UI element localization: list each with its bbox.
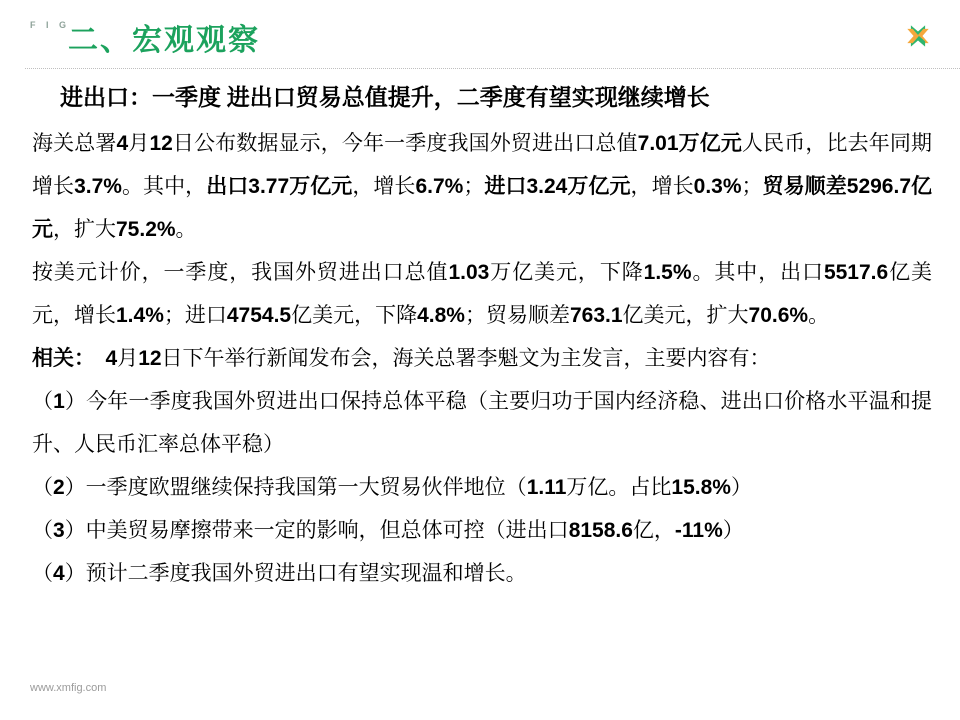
body-paragraph-1: 海关总署4月12日公布数据显示，今年一季度我国外贸进出口总值7.01万亿元人民币… bbox=[32, 122, 932, 251]
text-segment: 75.2% bbox=[116, 218, 176, 241]
body-paragraph-related: 相关： 4月12日下午举行新闻发布会，海关总署李魁文为主发言，主要内容有： bbox=[32, 337, 932, 380]
text-segment: -11% bbox=[675, 519, 723, 542]
text-segment: 月 bbox=[117, 346, 138, 370]
header-divider bbox=[25, 68, 960, 69]
text-segment: 1.03 bbox=[448, 261, 489, 284]
text-segment: ） bbox=[723, 518, 744, 542]
text-segment: 4 bbox=[106, 347, 118, 370]
body-paragraph-2: 按美元计价，一季度，我国外贸进出口总值1.03万亿美元，下降1.5%。其中，出口… bbox=[32, 251, 932, 337]
text-segment: 4754.5 bbox=[227, 304, 291, 327]
text-segment: 亿， bbox=[633, 518, 675, 542]
text-segment: 进口3.24万亿元 bbox=[484, 175, 630, 198]
text-segment: 8158.6 bbox=[569, 519, 633, 542]
body-paragraph-point-1: （1）今年一季度我国外贸进出口保持总体平稳（主要归功于国内经济稳、进出口价格水平… bbox=[32, 380, 932, 466]
text-segment: 763.1 bbox=[570, 304, 623, 327]
text-segment: （ bbox=[32, 518, 53, 542]
text-segment: 1 bbox=[53, 390, 65, 413]
text-segment: 4 bbox=[53, 562, 65, 585]
text-segment: 。 bbox=[808, 303, 829, 327]
text-segment: 。其中， bbox=[122, 174, 206, 198]
text-segment: 1.5% bbox=[644, 261, 692, 284]
slide: F I G 二、宏观观察 进出口：一季度 进出口贸易总值提升，二季度有望实现继续… bbox=[0, 0, 960, 720]
body-paragraph-point-2: （2）一季度欧盟继续保持我国第一大贸易伙伴地位（1.11万亿。占比15.8%） bbox=[32, 466, 932, 509]
text-segment: 4.8% bbox=[417, 304, 465, 327]
footer-url: www.xmfig.com bbox=[30, 682, 106, 694]
text-segment: 海关总署 bbox=[32, 131, 117, 155]
text-segment: 15.8% bbox=[671, 476, 731, 499]
text-segment: ； bbox=[463, 174, 484, 198]
slide-body: 进出口：一季度 进出口贸易总值提升，二季度有望实现继续增长 海关总署4月12日公… bbox=[32, 80, 932, 595]
brand-mark: F I G bbox=[30, 20, 70, 30]
body-paragraph-point-3: （3）中美贸易摩擦带来一定的影响，但总体可控（进出口8158.6亿，-11%） bbox=[32, 509, 932, 552]
text-segment: 1.4% bbox=[116, 304, 164, 327]
text-segment: ，增长 bbox=[352, 174, 415, 198]
text-segment bbox=[85, 346, 106, 370]
text-segment: 3.7% bbox=[74, 175, 122, 198]
text-segment: 按美元计价，一季度，我国外贸进出口总值 bbox=[32, 260, 448, 284]
text-segment: （ bbox=[32, 561, 53, 585]
text-segment: ；贸易顺差 bbox=[465, 303, 570, 327]
text-segment: 万亿。占比 bbox=[566, 475, 671, 499]
text-segment: 0.3% bbox=[694, 175, 742, 198]
text-segment: 2 bbox=[53, 476, 65, 499]
text-segment: ）今年一季度我国外贸进出口保持总体平稳（主要归功于国内经济稳、进出口价格水平温和… bbox=[32, 389, 932, 456]
text-segment: ）预计二季度我国外贸进出口有望实现温和增长。 bbox=[65, 561, 527, 585]
text-segment: 5517.6 bbox=[824, 261, 888, 284]
body-paragraph-point-4: （4）预计二季度我国外贸进出口有望实现温和增长。 bbox=[32, 552, 932, 595]
body-text: 海关总署4月12日公布数据显示，今年一季度我国外贸进出口总值7.01万亿元人民币… bbox=[32, 122, 932, 595]
company-pinwheel-logo-icon bbox=[902, 20, 934, 52]
text-segment: 6.7% bbox=[415, 175, 463, 198]
slide-header: F I G 二、宏观观察 bbox=[0, 0, 960, 69]
text-segment: ，扩大 bbox=[53, 217, 116, 241]
text-segment: 亿美元，扩大 bbox=[623, 303, 749, 327]
text-segment: 12 bbox=[138, 347, 161, 370]
text-segment: 相关： bbox=[32, 347, 85, 370]
text-segment: 。其中，出口 bbox=[692, 260, 824, 284]
text-segment: ； bbox=[742, 174, 763, 198]
text-segment: 月 bbox=[128, 131, 149, 155]
page-title: 二、宏观观察 bbox=[68, 24, 260, 58]
text-segment: 。 bbox=[176, 217, 197, 241]
text-segment: 出口3.77万亿元 bbox=[206, 175, 352, 198]
text-segment: 4 bbox=[117, 132, 129, 155]
text-segment: 日下午举行新闻发布会，海关总署李魁文为主发言，主要内容有： bbox=[162, 346, 771, 370]
text-segment: ） bbox=[731, 475, 752, 499]
text-segment: 亿美元，下降 bbox=[291, 303, 417, 327]
text-segment: 3 bbox=[53, 519, 65, 542]
text-segment: 万亿美元，下降 bbox=[489, 260, 643, 284]
text-segment: （ bbox=[32, 475, 53, 499]
section-heading: 进出口：一季度 进出口贸易总值提升，二季度有望实现继续增长 bbox=[32, 80, 932, 116]
text-segment: （ bbox=[32, 389, 53, 413]
text-segment: ）中美贸易摩擦带来一定的影响，但总体可控（进出口 bbox=[65, 518, 569, 542]
text-segment: 12 bbox=[149, 132, 172, 155]
text-segment: ）一季度欧盟继续保持我国第一大贸易伙伴地位（ bbox=[65, 475, 527, 499]
text-segment: 70.6% bbox=[749, 304, 809, 327]
text-segment: ，增长 bbox=[631, 174, 694, 198]
text-segment: 7.01万亿元 bbox=[638, 132, 742, 155]
text-segment: 日公布数据显示，今年一季度我国外贸进出口总值 bbox=[173, 131, 638, 155]
text-segment: ；进口 bbox=[164, 303, 227, 327]
text-segment: 1.11 bbox=[527, 476, 567, 499]
